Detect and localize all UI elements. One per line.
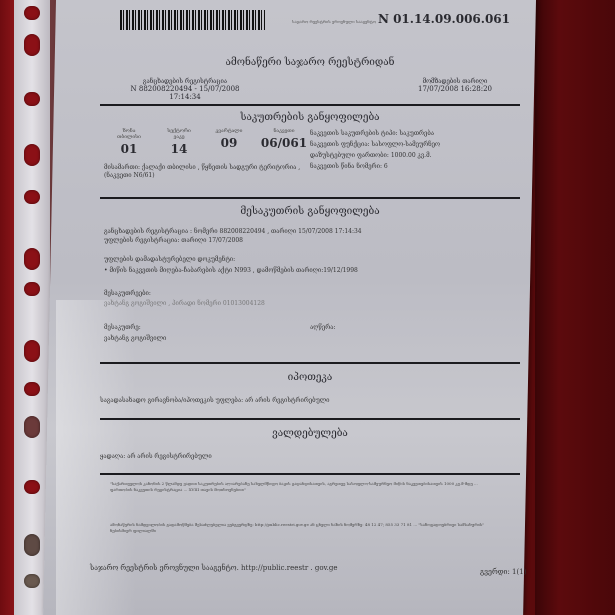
- ownership-basis-label: უფლების დამადასტურებელი დოკუმენტი:: [104, 256, 235, 263]
- barcode-icon: [120, 10, 265, 30]
- parcel-code: ნაკვეთი 06/061: [254, 128, 314, 150]
- owner-value: ვახტანგ გოგიშვილი: [104, 335, 166, 342]
- property-detail: ნაკვეთის საკუთრების ტიპი: საკუთრება: [310, 130, 434, 137]
- divider: [100, 197, 520, 199]
- legal-note: "საქართველოს კანონის 2 წლამდე ვადით საკუ…: [110, 481, 500, 493]
- punch-hole-icon: [24, 6, 40, 20]
- document-title: ამონაწერი საჯარო რეესტრიდან: [100, 57, 520, 68]
- document-number: საჯარო რეესტრის ეროვნული სააგენტოN 01.14…: [292, 12, 510, 26]
- punch-hole-icon: [24, 144, 40, 166]
- owner-label: მესაკუთრე:: [104, 324, 141, 331]
- property-address: მისამართი: ქალაქი თბილისი , წყნეთის სადგ…: [104, 164, 304, 180]
- sector-code: სექტორი ვაკე 14: [154, 128, 204, 156]
- punch-hole-icon: [24, 340, 40, 362]
- punch-hole-icon: [24, 574, 40, 588]
- mortgage-status: საგადასახადო გირავნობა/იპოთეკის უფლება: …: [100, 397, 330, 404]
- punch-hole-icon: [24, 190, 40, 204]
- punch-hole-icon: [24, 282, 40, 296]
- page-number: გვერდი: 1(1): [480, 568, 526, 576]
- property-detail: დაზუსტებული ფართობი: 1000.00 კვ.მ.: [310, 152, 432, 159]
- footer-website: საჯარო რეესტრის ეროვნული სააგენტო. http:…: [90, 564, 338, 572]
- property-detail: ნაკვეთის წინა ნომერი: 6: [310, 163, 388, 170]
- punch-hole-icon: [24, 534, 40, 556]
- punch-hole-icon: [24, 416, 40, 438]
- punch-hole-icon: [24, 34, 40, 56]
- mortgage-section-title: იპოთეკა: [100, 372, 520, 383]
- punch-hole-icon: [24, 92, 40, 106]
- zone-code: ზონა თბილისი 01: [104, 128, 154, 156]
- owner-section-title: მესაკუთრის განყოფილება: [100, 206, 520, 217]
- owners-label: მესაკუთრეები:: [104, 290, 151, 297]
- ownership-basis-item: • მიწის ნაკვეთის მიღება-ჩაბარების აქტი N…: [104, 267, 358, 274]
- owner-application-line: განცხადების რეგისტრაცია : ნომერი 8820082…: [104, 228, 362, 235]
- divider: [100, 104, 520, 106]
- property-section-title: საკუთრების განყოფილება: [100, 112, 520, 123]
- quarter-code: კვარტალი 09: [204, 128, 254, 150]
- description-label: აღწერა:: [310, 324, 335, 331]
- property-detail: ნაკვეთის ფუნქცია: სასოფლო-სამეურნეო: [310, 141, 440, 148]
- divider: [100, 362, 520, 364]
- punch-hole-icon: [24, 480, 40, 494]
- owner-registration-date: უფლების რეგისტრაცია: თარიღი 17/07/2008: [104, 237, 243, 244]
- application-registration: განცხადების რეგისტრაცია N 882008220494 -…: [130, 78, 240, 101]
- verification-note: ამონაწერის ნამდვილობის გადამოწმება შესაძ…: [110, 522, 500, 534]
- encumbrance-section-title: ვალდებულება: [100, 428, 520, 439]
- divider: [100, 473, 520, 475]
- binder-cover-right: [535, 0, 615, 615]
- encumbrance-status: ყადაღა: არ არის რეგისტრირებული: [100, 453, 212, 460]
- punch-hole-icon: [24, 382, 40, 396]
- divider: [100, 418, 520, 420]
- prepared-date: მომზადების თარიღი 17/07/2008 16:28:20: [400, 78, 510, 93]
- owners-value: ვახტანგ გოგიშვილი , პირადი ნომერი 010130…: [104, 300, 265, 307]
- punch-hole-icon: [24, 248, 40, 270]
